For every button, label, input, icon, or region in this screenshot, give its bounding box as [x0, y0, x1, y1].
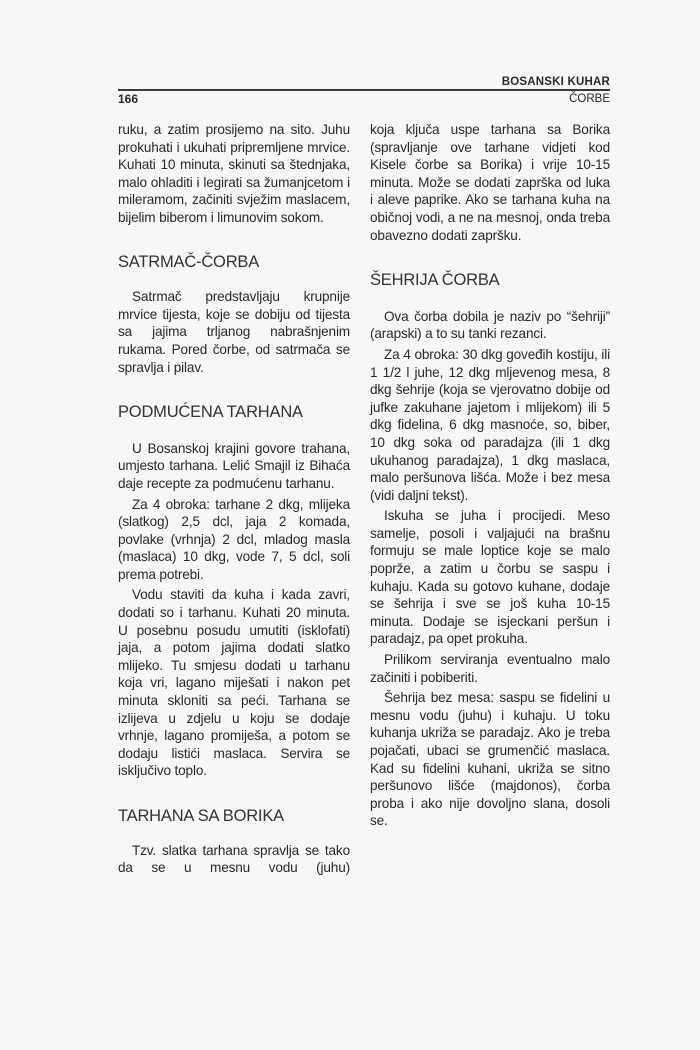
- paragraph: Prilikom serviranja eventualno malo zači…: [370, 651, 610, 686]
- paragraph: U Bosanskoj krajini govore trahana, umje…: [118, 440, 350, 493]
- paragraph: Tzv. slatka tarhana spravlja se tako da …: [118, 842, 350, 877]
- paragraph: Ova čorba dobila je naziv po “šehriji” (…: [370, 308, 610, 343]
- paragraph: Za 4 obroka: tarhane 2 dkg, mlijeka (sla…: [118, 496, 350, 584]
- paragraph: Vodu staviti da kuha i kada zavri, dodat…: [118, 586, 350, 780]
- section-label: ČORBE: [569, 93, 610, 106]
- continuation-paragraph: ruku, a zatim prosijemo na sito. Juhu pr…: [118, 121, 350, 227]
- paragraph: Satrmač predstavljaju krupnije mrvice ti…: [118, 288, 350, 376]
- header-section: ČORBE: [569, 93, 610, 106]
- recipe-title-podmucena: PODMUĆENA TARHANA: [118, 404, 350, 422]
- paragraph: Za 4 obroka: 30 dkg goveđih kostiju, ili…: [370, 346, 610, 504]
- right-column: koja ključa uspe tarhana sa Borika (spra…: [370, 121, 610, 830]
- recipe-title-satrmac: SATRMAČ-ČORBA: [118, 254, 350, 272]
- header-right: BOSANSKI KUHAR: [502, 76, 610, 89]
- continuation-paragraph: koja ključa uspe tarhana sa Borika (spra…: [370, 121, 610, 244]
- recipe-title-borika: TARHANA SA BORIKA: [118, 808, 350, 826]
- header-rule: [118, 89, 610, 91]
- paragraph: Iskuha se juha i procijedi. Meso samelje…: [370, 507, 610, 648]
- left-column: ruku, a zatim prosijemo na sito. Juhu pr…: [118, 121, 350, 877]
- paragraph: Šehrija bez mesa: saspu se fidelini u me…: [370, 689, 610, 830]
- recipe-title-sehrija: ŠEHRIJA ČORBA: [370, 272, 610, 290]
- running-title: BOSANSKI KUHAR: [502, 76, 610, 89]
- page-number: 166: [118, 92, 138, 106]
